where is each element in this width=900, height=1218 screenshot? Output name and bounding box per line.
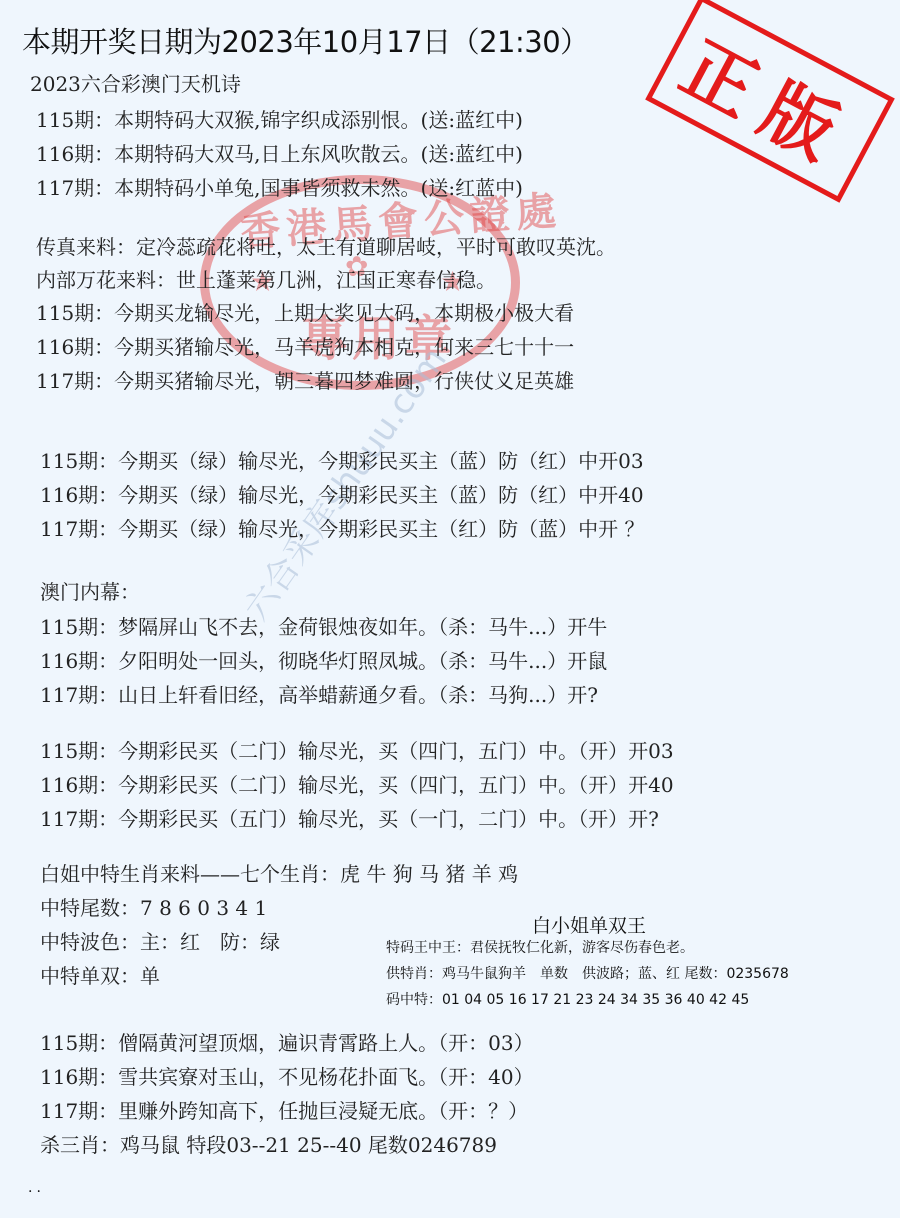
fax-material: 传真来料：定冷蕊疏花将吐，太王有道聊居岐，平时可敢叹英沈。	[36, 231, 616, 260]
door-prediction-row: 117期：今期彩民买（五门）输尽光，买（一门，二门）中。（开）开?	[40, 803, 659, 832]
door-prediction-row: 116期：今期彩民买（二门）输尽光，买（四门，五门）中。（开）开40	[40, 769, 674, 798]
poem-row: 115期：本期特码大双猴,锦字织成添别恨。(送:蓝红中)	[36, 104, 523, 133]
color-prediction-row: 117期：今期买（绿）输尽光，今期彩民买主（红）防（蓝）中开 ？	[40, 513, 645, 542]
macau-inside-heading: 澳门内幕：	[40, 576, 140, 605]
poem-row: 115期：今期买龙输尽光，上期大奖见大码，本期极小极大看	[36, 297, 574, 326]
poem-row: 117期：里赚外跨知高下，任抛巨浸疑无底。（开：？）	[40, 1095, 528, 1124]
zodiac-material: 白姐中特生肖来料——七个生肖：虎 牛 狗 马 猪 羊 鸡	[40, 858, 518, 887]
poem-row: 117期：本期特码小单兔,国事皆须救未然。(送:红蓝中)	[36, 172, 523, 201]
poem-row: 115期：僧隔黄河望顶烟，遍识青霄路上人。（开：03）	[40, 1027, 534, 1056]
box-line-poem: 特码王中王：君侯抚牧仁化新，游客尽伤春色老。	[386, 937, 694, 957]
kill-three-zodiac: 杀三肖：鸡马鼠 特段03--21 25--40 尾数0246789	[40, 1129, 497, 1158]
poem-row: 117期：今期买猪输尽光，朝三暮四梦难圆，行侠仗义足英雄	[36, 365, 574, 394]
box-line-numbers: 码中特：01 04 05 16 17 21 23 24 34 35 36 40 …	[386, 989, 749, 1009]
page-subtitle: 2023六合彩澳门天机诗	[30, 68, 241, 97]
poem-row: 116期：雪共宾寮对玉山，不见杨花扑面飞。（开：40）	[40, 1061, 534, 1090]
odd-even: 中特单双：单	[40, 960, 160, 989]
page-title: 本期开奖日期为2023年10月17日（21:30）	[22, 20, 589, 61]
wave-color: 中特波色：主：红 防：绿	[40, 926, 280, 955]
box-line-zodiac: 供特肖：鸡马牛鼠狗羊 单数 供波路；蓝、红 尾数：0235678	[386, 963, 789, 983]
genuine-stamp: 正版	[645, 0, 895, 203]
color-prediction-row: 115期：今期买（绿）输尽光，今期彩民买主（蓝）防（红）中开03	[40, 445, 644, 474]
internal-material: 内部万花来料：世上蓬莱第几洲，江国正寒春信稳。	[36, 264, 496, 293]
trailing-dots: ..	[28, 1180, 45, 1196]
color-prediction-row: 116期：今期买（绿）输尽光，今期彩民买主（蓝）防（红）中开40	[40, 479, 644, 508]
macau-inside-row: 115期：梦隔屏山飞不去，金荷银烛夜如年。（杀：马牛...）开牛	[40, 611, 607, 640]
macau-inside-row: 117期：山日上轩看旧经，高举蜡薪通夕看。（杀：马狗...）开?	[40, 679, 598, 708]
poem-row: 116期：今期买猪输尽光，马羊虎狗本相克，何来三七十十一	[36, 331, 574, 360]
poem-row: 116期：本期特码大双马,日上东风吹散云。(送:蓝红中)	[36, 138, 523, 167]
macau-inside-row: 116期：夕阳明处一回头，彻晓华灯照凤城。（杀：马牛...）开鼠	[40, 645, 607, 674]
door-prediction-row: 115期：今期彩民买（二门）输尽光，买（四门，五门）中。（开）开03	[40, 735, 674, 764]
box-title: 白小姐单双王	[532, 911, 646, 938]
tail-numbers: 中特尾数：7 8 6 0 3 4 1	[40, 892, 267, 921]
